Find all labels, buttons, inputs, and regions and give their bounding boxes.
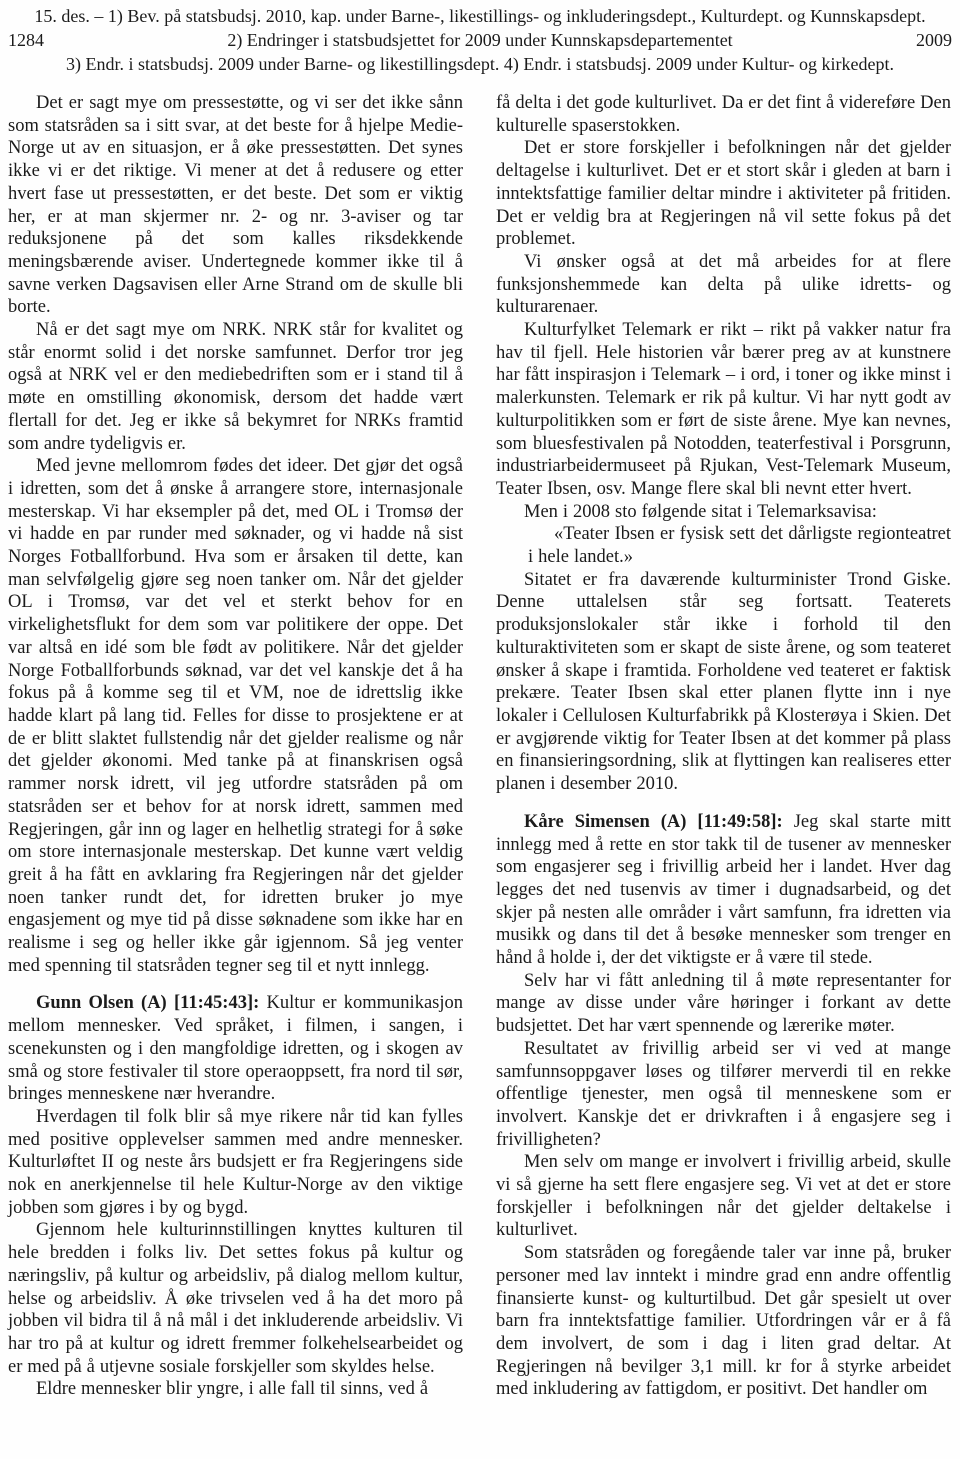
paragraph: Gjennom hele kulturinnstillingen knyttes… [8, 1219, 463, 1378]
paragraph: Det er sagt mye om pressestøtte, og vi s… [8, 92, 463, 319]
paragraph: Eldre mennesker blir yngre, i alle fall … [8, 1378, 463, 1401]
paragraph: Det er store forskjeller i befolkningen … [496, 137, 951, 251]
speaker-label: Gunn Olsen (A) [11:45:43]: [36, 993, 259, 1013]
paragraph: få delta i det gode kulturlivet. Da er d… [496, 92, 951, 137]
speaker-label: Kåre Simensen (A) [11:49:58]: [524, 812, 783, 832]
paragraph: Resultatet av frivillig arbeid ser vi ve… [496, 1038, 951, 1152]
paragraph: Men i 2008 sto følgende sitat i Telemark… [496, 501, 951, 524]
left-column: Det er sagt mye om pressestøtte, og vi s… [8, 92, 463, 1401]
header-case-title-line-3: 3) Endr. i statsbudsj. 2009 under Barne-… [8, 52, 952, 76]
paragraph: Vi ønsker også at det må arbeides for at… [496, 251, 951, 319]
right-column: få delta i det gode kulturlivet. Da er d… [496, 92, 951, 1401]
header-case-title-line-1: 15. des. – 1) Bev. på statsbudsj. 2010, … [8, 4, 952, 28]
header-case-title-line-2: 2) Endringer i statsbudsjettet for 2009 … [227, 30, 732, 50]
paragraph: Kulturfylket Telemark er rikt – rikt på … [496, 319, 951, 501]
paragraph: Med jevne mellomrom fødes det ideer. Det… [8, 455, 463, 977]
paragraph: Nå er det sagt mye om NRK. NRK står for … [8, 319, 463, 455]
paragraph: Som statsråden og foregående taler var i… [496, 1242, 951, 1401]
page: 15. des. – 1) Bev. på statsbudsj. 2010, … [0, 0, 960, 1459]
paragraph: Hverdagen til folk blir så mye rikere nå… [8, 1106, 463, 1220]
paragraph: Selv har vi fått anledning til å møte re… [496, 970, 951, 1038]
speech-paragraph: Kåre Simensen (A) [11:49:58]: Jeg skal s… [496, 811, 951, 970]
header-line-2: 1284 2) Endringer i statsbudsjettet for … [8, 28, 952, 52]
paragraph: Sitatet er fra daværende kulturminister … [496, 569, 951, 796]
page-number: 1284 [8, 28, 44, 52]
header-year: 2009 [916, 28, 952, 52]
text-columns: Det er sagt mye om pressestøtte, og vi s… [8, 92, 952, 1401]
paragraph: Men selv om mange er involvert i frivill… [496, 1151, 951, 1242]
paragraph: «Teater Ibsen er fysisk sett det dårligs… [528, 523, 951, 568]
speech-paragraph: Gunn Olsen (A) [11:45:43]: Kultur er kom… [8, 992, 463, 1106]
page-header: 15. des. – 1) Bev. på statsbudsj. 2010, … [8, 4, 952, 76]
